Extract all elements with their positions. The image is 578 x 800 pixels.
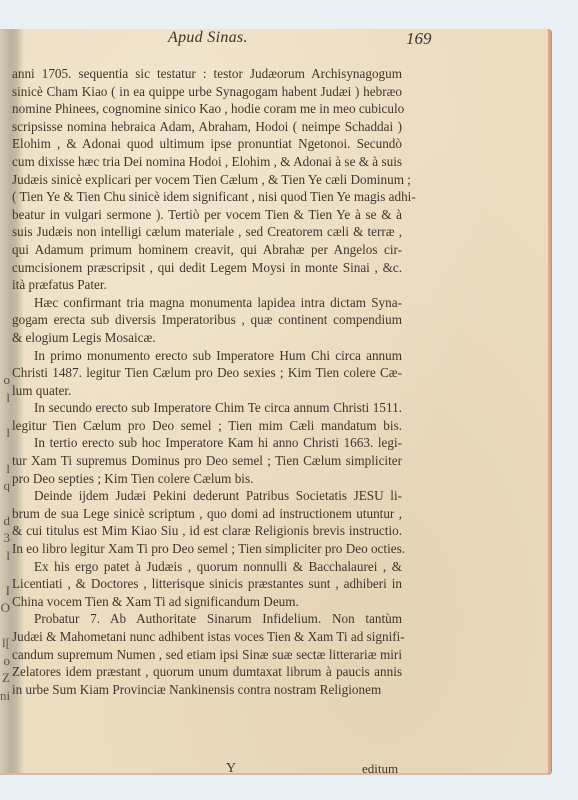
facing-page-fragment: Z <box>0 671 10 684</box>
text-line: China vocem Tien & Xam Ti ad significand… <box>12 593 402 611</box>
text-line: gogam erecta sub diversis Imperatoribus … <box>12 311 402 329</box>
catchword: editum <box>362 761 398 777</box>
text-line: suis Judæis non intelligi cælum material… <box>12 223 402 241</box>
text-line: nomine Phinees, cognomine sinico Kao , h… <box>12 100 402 118</box>
text-line: ( Tien Ye & Tien Chu sinicè idem signifi… <box>12 188 402 206</box>
facing-page-fragment: o <box>0 654 10 667</box>
text-line: tur Xam Ti supremus Dominus pro Deo seme… <box>12 452 402 470</box>
facing-page-fragment: q <box>0 479 10 492</box>
text-line: & cui titulus est Mim Kiao Siu , id est … <box>12 522 402 540</box>
text-line: ità præfatus Pater. <box>12 276 402 294</box>
text-line: Zelatores idem præstant , quorum unum du… <box>12 663 402 681</box>
text-line: Christi 1487. legitur Tien Cælum pro Deo… <box>12 364 402 382</box>
facing-page-fragment: d <box>0 514 10 527</box>
text-line: Licentiati , & Doctores , litterisque si… <box>12 575 402 593</box>
text-line: Elohim , & Adonai quod ultimum ipse pron… <box>12 135 402 153</box>
facing-page-fragment: I <box>0 584 10 597</box>
page-number: 169 <box>406 29 432 49</box>
body-text: anni 1705. sequentia sic testatur : test… <box>12 65 402 698</box>
text-line: cum dixisse hæc tria Dei nomina Hodoi , … <box>12 153 402 171</box>
text-line: Deinde ijdem Judæi Pekini dederunt Patri… <box>12 487 402 505</box>
facing-page-fragment: l <box>0 426 10 439</box>
text-line: Hæc confirmant tria magna monumenta lapi… <box>12 294 402 312</box>
text-line: Ex his ergo patet à Judæis , quorum nonn… <box>12 558 402 576</box>
facing-page-fragment: l <box>0 549 10 562</box>
text-line: In secundo erecto sub Imperatore Chim Te… <box>12 399 402 417</box>
text-line: & elogium Legis Mosaicæ. <box>12 329 402 347</box>
text-line: pro Deo septies ; Kim Tien colere Cælum … <box>12 470 402 488</box>
text-line: Judæis sinicè explicari per vocem Tien C… <box>12 171 402 189</box>
text-line: In primo monumento erecto sub Imperatore… <box>12 347 402 365</box>
text-line: in urbe Sum Kiam Provinciæ Nankinensis c… <box>12 681 402 699</box>
text-line: candum supremum Numen , sed etiam ipsi S… <box>12 646 402 664</box>
facing-page-fragment: 3 <box>0 531 10 544</box>
facing-page-fragment: l <box>0 391 10 404</box>
text-line: cumcisionem præscripsit , qui dedit Lege… <box>12 259 402 277</box>
text-line: qui Adamum primum hominem creavit, qui A… <box>12 241 402 259</box>
text-line: In eo libro legitur Xam Ti pro Deo semel… <box>12 540 402 558</box>
text-line: legitur Tien Cælum pro Deo semel ; Tien … <box>12 417 402 435</box>
text-line: brum de sua Lege sinicè scriptum , quo d… <box>12 505 402 523</box>
text-line: In tertio erecto sub hoc Imperatore Kam … <box>12 434 402 452</box>
facing-page-fragment: O <box>0 601 10 614</box>
facing-page-fragment: l[ <box>0 636 10 649</box>
running-head-title: Apud Sinas. <box>168 29 248 47</box>
text-line: Judæi & Mahometani nunc adhibent istas v… <box>12 628 402 646</box>
facing-page-fragment: l <box>0 462 10 475</box>
text-line: scripsisse nomina hebraica Adam, Abraham… <box>12 118 402 136</box>
facing-page-fragment: o <box>0 373 10 386</box>
text-line: beatur in vulgari sermone ). Tertiò per … <box>12 206 402 224</box>
running-head: Apud Sinas. 169 <box>0 29 548 49</box>
signature-mark: Y <box>226 761 236 777</box>
text-line: anni 1705. sequentia sic testatur : test… <box>12 65 402 83</box>
text-line: lum quater. <box>12 382 402 400</box>
text-line: sinicè Cham Kiao ( in ea quippe urbe Syn… <box>12 83 402 101</box>
facing-page-fragment: ni <box>0 689 10 702</box>
text-line: Probatur 7. Ab Authoritate Sinarum Infid… <box>12 610 402 628</box>
